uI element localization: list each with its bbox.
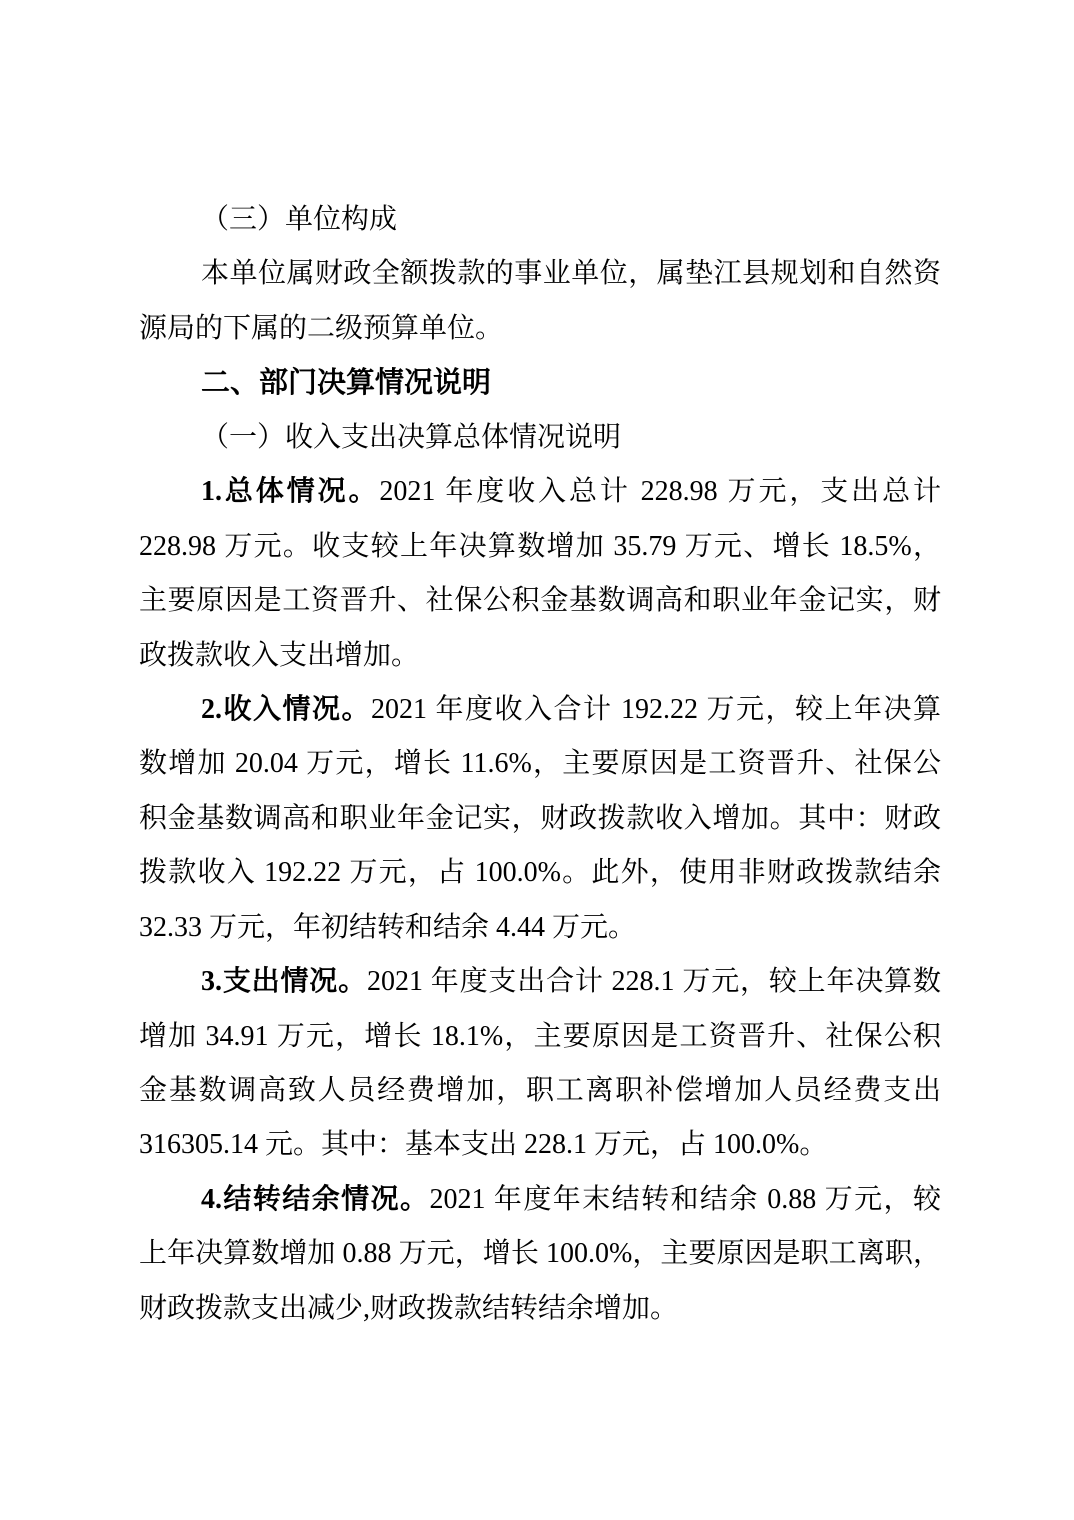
- heading-dept-accounts-statement: 二、部门决算情况说明: [139, 356, 941, 410]
- para-overall-situation-line: 1.总体情况。2021 年度收入总计 228.98 万元，支出总计: [139, 465, 941, 519]
- line-text: 2021 年度收入总计 228.98 万元，支出总计: [379, 476, 941, 507]
- run-in-heading: 2.收入情况。: [201, 694, 371, 725]
- para-expense-situation-line: 金基数调高致人员经费增加，职工离职补偿增加人员经费支出: [139, 1064, 941, 1118]
- line-text: 二、部门决算情况说明: [201, 367, 491, 399]
- para-carryover-situation-line: 财政拨款支出减少,财政拨款结转结余增加。: [139, 1282, 941, 1336]
- line-text: 本单位属财政全额拨款的事业单位，属垫江县规划和自然资: [201, 258, 941, 289]
- line-text: （三）单位构成: [201, 204, 397, 235]
- para-income-situation-line: 拨款收入 192.22 万元，占 100.0%。此外，使用非财政拨款结余: [139, 846, 941, 900]
- line-text: 数增加 20.04 万元，增长 11.6%，主要原因是工资晋升、社保公: [139, 748, 941, 779]
- line-text: 2021 年度年末结转和结余 0.88 万元，较: [429, 1184, 941, 1215]
- page: （三）单位构成本单位属财政全额拨款的事业单位，属垫江县规划和自然资源局的下属的二…: [0, 0, 1074, 1520]
- heading-unit-composition: （三）单位构成: [139, 193, 941, 247]
- line-text: 32.33 万元，年初结转和结余 4.44 万元。: [139, 912, 636, 943]
- run-in-heading: 4.结转结余情况。: [201, 1184, 429, 1215]
- para-expense-situation-line: 增加 34.91 万元，增长 18.1%，主要原因是工资晋升、社保公积: [139, 1010, 941, 1064]
- line-text: 积金基数调高和职业年金记实，财政拨款收入增加。其中：财政: [139, 803, 941, 834]
- para-income-situation-line: 2.收入情况。2021 年度收入合计 192.22 万元，较上年决算: [139, 683, 941, 737]
- heading-income-expense-overview: （一）收入支出决算总体情况说明: [139, 411, 941, 465]
- line-text: 主要原因是工资晋升、社保公积金基数调高和职业年金记实，财: [139, 585, 941, 616]
- line-text: 源局的下属的二级预算单位。: [139, 313, 503, 344]
- para-overall-situation-line: 政拨款收入支出增加。: [139, 629, 941, 683]
- para-expense-situation-line: 3.支出情况。2021 年度支出合计 228.1 万元，较上年决算数: [139, 955, 941, 1009]
- line-text: 2021 年度收入合计 192.22 万元，较上年决算: [371, 694, 941, 725]
- para-expense-situation-line: 316305.14 元。其中：基本支出 228.1 万元，占 100.0%。: [139, 1118, 941, 1172]
- para-carryover-situation-line: 上年决算数增加 0.88 万元，增长 100.0%，主要原因是职工离职，: [139, 1227, 941, 1281]
- line-text: 228.98 万元。收支较上年决算数增加 35.79 万元、增长 18.5%，: [139, 531, 941, 562]
- document-body: （三）单位构成本单位属财政全额拨款的事业单位，属垫江县规划和自然资源局的下属的二…: [139, 193, 941, 1336]
- para-overall-situation-line: 主要原因是工资晋升、社保公积金基数调高和职业年金记实，财: [139, 574, 941, 628]
- line-text: 增加 34.91 万元，增长 18.1%，主要原因是工资晋升、社保公积: [139, 1021, 941, 1052]
- para-income-situation-line: 数增加 20.04 万元，增长 11.6%，主要原因是工资晋升、社保公: [139, 737, 941, 791]
- para-overall-situation-line: 228.98 万元。收支较上年决算数增加 35.79 万元、增长 18.5%，: [139, 520, 941, 574]
- line-text: 316305.14 元。其中：基本支出 228.1 万元，占 100.0%。: [139, 1129, 827, 1160]
- para-unit-composition-line: 本单位属财政全额拨款的事业单位，属垫江县规划和自然资: [139, 247, 941, 301]
- line-text: 上年决算数增加 0.88 万元，增长 100.0%，主要原因是职工离职，: [139, 1238, 941, 1269]
- line-text: 2021 年度支出合计 228.1 万元，较上年决算数: [367, 966, 941, 997]
- para-income-situation-line: 32.33 万元，年初结转和结余 4.44 万元。: [139, 901, 941, 955]
- line-text: （一）收入支出决算总体情况说明: [201, 422, 621, 453]
- run-in-heading: 1.总体情况。: [201, 476, 379, 507]
- line-text: 政拨款收入支出增加。: [139, 640, 419, 671]
- line-text: 财政拨款支出减少,财政拨款结转结余增加。: [139, 1293, 678, 1324]
- run-in-heading: 3.支出情况。: [201, 966, 367, 997]
- para-unit-composition-line: 源局的下属的二级预算单位。: [139, 302, 941, 356]
- line-text: 拨款收入 192.22 万元，占 100.0%。此外，使用非财政拨款结余: [139, 857, 941, 888]
- para-carryover-situation-line: 4.结转结余情况。2021 年度年末结转和结余 0.88 万元，较: [139, 1173, 941, 1227]
- line-text: 金基数调高致人员经费增加，职工离职补偿增加人员经费支出: [139, 1075, 941, 1106]
- para-income-situation-line: 积金基数调高和职业年金记实，财政拨款收入增加。其中：财政: [139, 792, 941, 846]
